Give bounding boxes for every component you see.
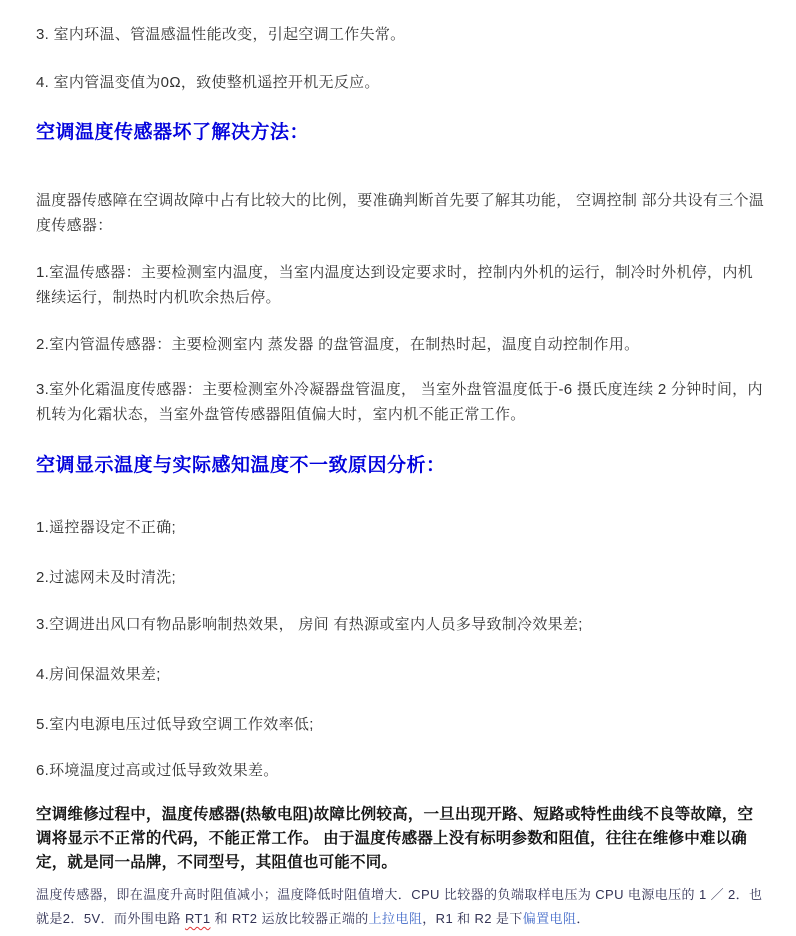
- cause-item-voltage: 5.室内电源电压过低导致空调工作效率低;: [36, 712, 766, 737]
- article-page: 3. 室内环温、管温感温性能改变，引起空调工作失常。 4. 室内管温变值为0Ω，…: [0, 0, 796, 936]
- bias-resistor-link[interactable]: 偏置电阻: [523, 911, 577, 926]
- cause-item-airflow: 3.空调进出风口有物品影响制热效果， 房间 有热源或室内人员多导致制冷效果差;: [36, 612, 766, 637]
- footnote-text-4: ．: [576, 911, 589, 926]
- sensor-item-defrost: 3.室外化霜温度传感器：主要检测室外冷凝器盘管温度， 当室外盘管温度低于-6 摄…: [36, 377, 766, 427]
- rt1-spellcheck-text: RT1: [185, 911, 211, 926]
- cause-item-remote: 1.遥控器设定不正确;: [36, 515, 766, 540]
- footnote-paragraph: 温度传感器，即在温度升高时阻值减小；温度降低时阻值增大．CPU 比较器的负端取样…: [36, 883, 766, 931]
- pullup-resistor-link[interactable]: 上拉电阻: [369, 911, 423, 926]
- cause-item-insulation: 4.房间保温效果差;: [36, 662, 766, 687]
- repair-note-paragraph: 空调维修过程中，温度传感器(热敏电阻)故障比例较高，一旦出现开路、短路或特性曲线…: [36, 803, 766, 875]
- sensor-item-pipe: 2.室内管温传感器：主要检测室内 蒸发器 的盘管温度，在制热时起，温度自动控制作…: [36, 332, 766, 357]
- cause-item-ambient: 6.环境温度过高或过低导致效果差。: [36, 758, 766, 783]
- sensor-item-room: 1.室温传感器：主要检测室内温度，当室内温度达到设定要求时，控制内外机的运行，制…: [36, 260, 766, 310]
- heading-temp-mismatch: 空调显示温度与实际感知温度不一致原因分析：: [36, 453, 766, 479]
- symptom-item-3: 3. 室内环温、管温感温性能改变，引起空调工作失常。: [36, 24, 766, 46]
- footnote-text-3: ，R1 和 R2 是下: [422, 911, 522, 926]
- footnote-text-2: 和 RT2 运放比较器正端的: [210, 911, 368, 926]
- sensor-intro-paragraph: 温度器传感障在空调故障中占有比较大的比例，要准确判断首先要了解其功能， 空调控制…: [36, 188, 766, 238]
- symptom-item-4: 4. 室内管温变值为0Ω，致使整机遥控开机无反应。: [36, 72, 766, 94]
- heading-sensor-fix: 空调温度传感器坏了解决方法：: [36, 120, 766, 146]
- cause-item-filter: 2.过滤网未及时清洗;: [36, 565, 766, 590]
